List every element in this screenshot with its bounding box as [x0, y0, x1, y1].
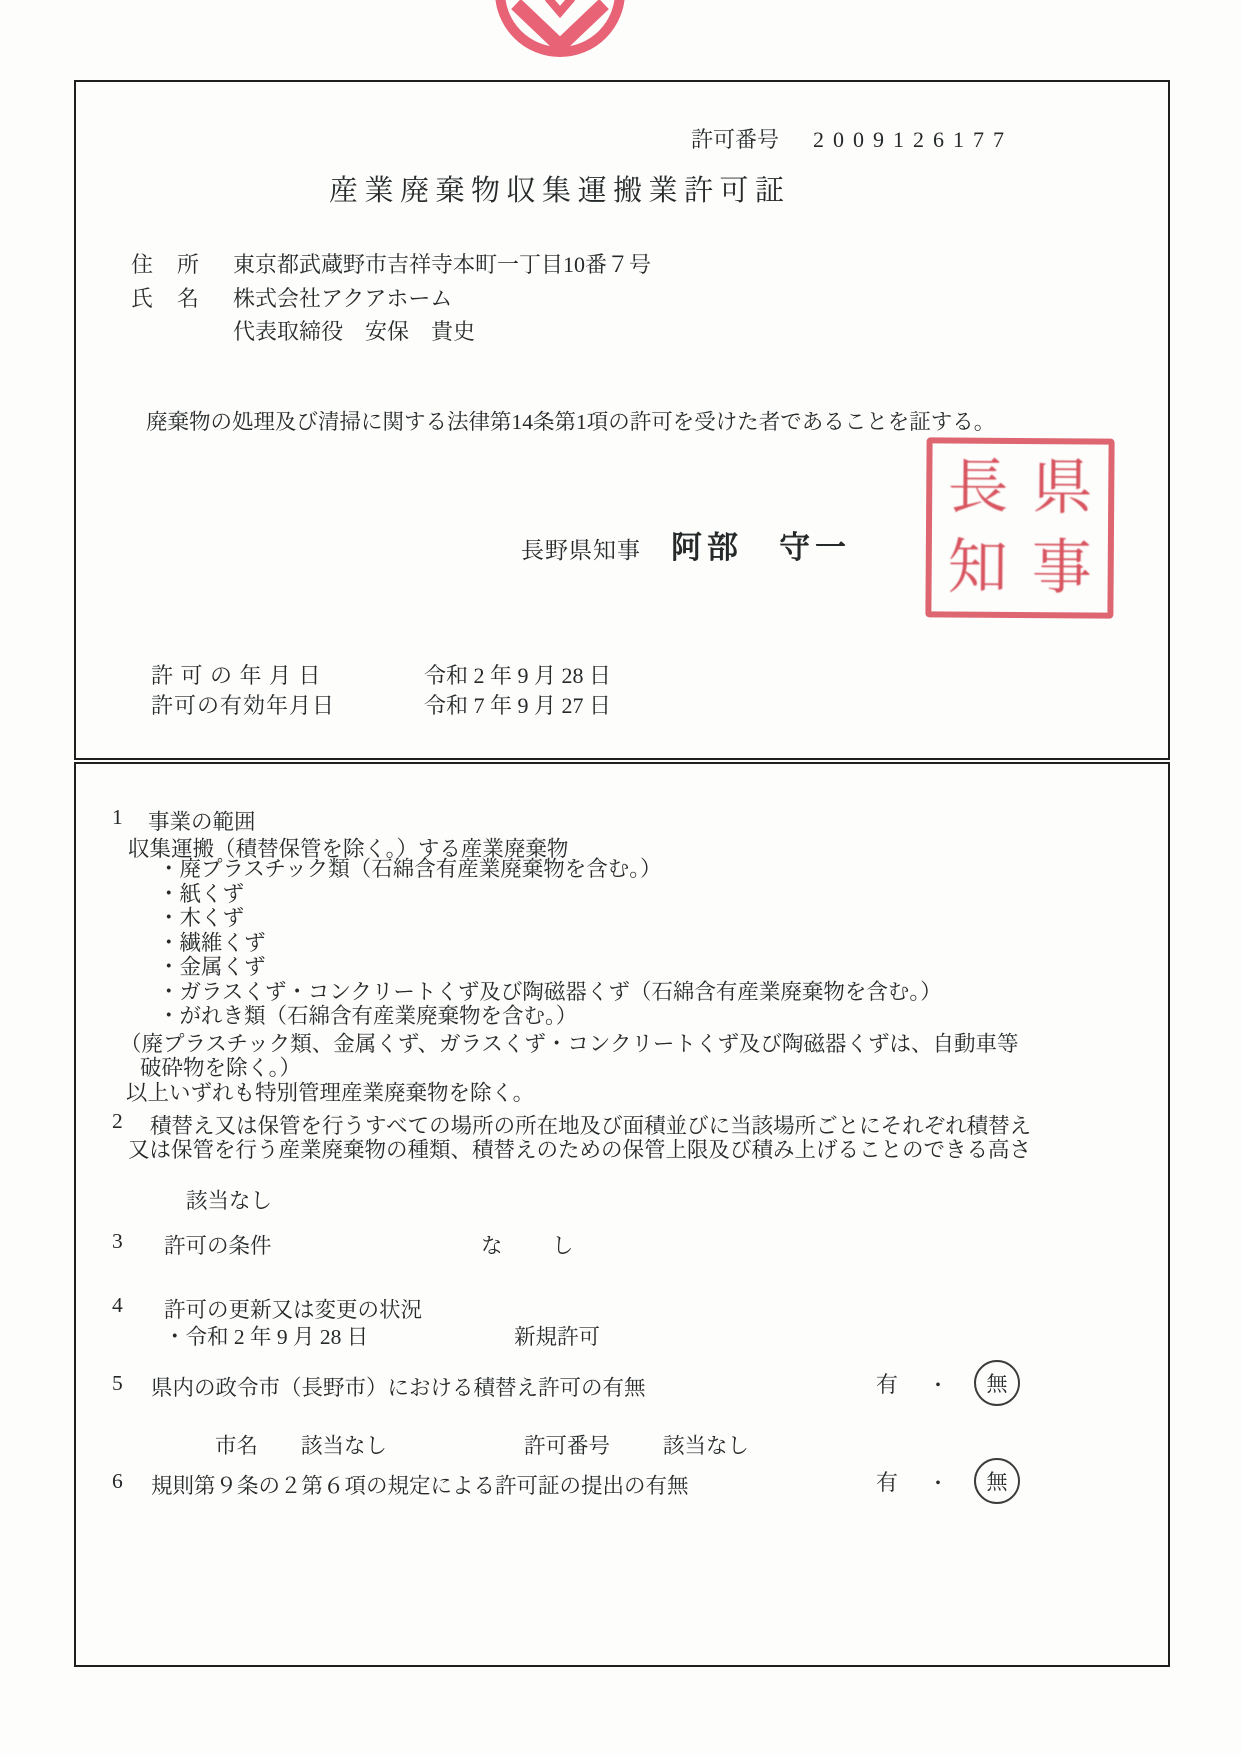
permit-date-value: 令和 2 年 9 月 28 日: [424, 659, 611, 690]
address-value: 東京都武蔵野市吉祥寺本町一丁目10番７号: [233, 248, 651, 279]
document-title: 産業廃棄物収集運搬業許可証: [329, 168, 791, 209]
no-option-circled: 無: [974, 1458, 1020, 1504]
section1-note-line3: 以上いずれも特別管理産業廃棄物を除く。: [126, 1076, 534, 1107]
governor-title: 長野県知事: [521, 532, 641, 565]
city-name-label: 市名: [215, 1429, 258, 1460]
certification-statement: 廃棄物の処理及び清掃に関する法律第14条第1項の許可を受けた者であることを証する…: [146, 405, 995, 436]
section6-yes-no-choice: 有 ・ 無: [876, 1458, 1020, 1504]
permit-number-line: 許可番号2009126177: [691, 123, 1013, 154]
section4-number: 4: [112, 1293, 123, 1318]
permit-date-label: 許 可 の 年 月 日: [151, 659, 322, 690]
city-permit-number-label: 許可番号: [524, 1429, 610, 1460]
seal-char: 事: [1032, 538, 1092, 598]
permit-document-page: 許可番号2009126177 産業廃棄物収集運搬業許可証 住 所 東京都武蔵野市…: [0, 0, 1241, 1755]
round-registration-stamp-icon: [492, 0, 628, 62]
separator-dot: ・: [928, 1369, 948, 1398]
section2-value: 該当なし: [186, 1184, 272, 1215]
section6-label: 規則第９条の２第６項の規定による許可証の提出の有無: [151, 1469, 689, 1500]
permit-number-value: 2009126177: [813, 127, 1013, 152]
address-label: 住 所: [131, 248, 200, 279]
certificate-header-box: 許可番号2009126177 産業廃棄物収集運搬業許可証 住 所 東京都武蔵野市…: [74, 80, 1170, 760]
list-item: ・紙くず: [158, 882, 942, 907]
expiry-date-value: 令和 7 年 9 月 27 日: [424, 689, 611, 720]
list-item: ・繊維くず: [158, 931, 942, 956]
section6-number: 6: [112, 1469, 123, 1494]
section5-number: 5: [112, 1371, 123, 1396]
section2-line2: 又は保管を行う産業廃棄物の種類、積替えのための保管上限及び積み上げることのできる…: [128, 1133, 1031, 1164]
section5-yes-no-choice: 有 ・ 無: [876, 1360, 1020, 1406]
section1-number: 1: [112, 805, 123, 830]
section3-value: な し: [481, 1229, 588, 1260]
certificate-details-box: 1 事業の範囲 収集運搬（積替保管を除く。）する産業廃棄物 ・廃プラスチック類（…: [74, 762, 1170, 1667]
section2-number: 2: [112, 1109, 123, 1134]
governor-square-seal: 長 県 知 事: [925, 437, 1114, 618]
no-option-circled: 無: [974, 1360, 1020, 1406]
city-permit-number-value: 該当なし: [663, 1429, 749, 1460]
list-item: ・金属くず: [158, 955, 942, 980]
seal-char: 県: [1032, 458, 1092, 518]
issuer-signature-row: 長野県知事 阿部 守一: [521, 522, 851, 567]
seal-char: 知: [948, 537, 1008, 597]
list-item: ・がれき類（石綿含有産業廃棄物を含む。）: [158, 1004, 942, 1029]
permit-number-label: 許可番号: [691, 127, 779, 152]
company-name: 株式会社アクアホーム: [233, 282, 452, 313]
list-item: ・木くず: [158, 906, 942, 931]
governor-name: 阿部 守一: [671, 522, 851, 567]
name-label: 氏 名: [131, 282, 200, 313]
separator-dot: ・: [928, 1467, 948, 1496]
section3-label: 許可の条件: [164, 1229, 272, 1260]
seal-char: 長: [948, 457, 1008, 517]
section3-number: 3: [112, 1229, 123, 1254]
section5-label: 県内の政令市（長野市）における積替え許可の有無: [151, 1371, 646, 1402]
section4-entry-value: 新規許可: [514, 1320, 600, 1351]
expiry-date-label: 許可の有効年月日: [151, 689, 335, 720]
yes-option: 有: [876, 1368, 898, 1399]
representative-name: 代表取締役 安保 貴史: [233, 315, 475, 346]
city-name-value: 該当なし: [301, 1429, 387, 1460]
section4-entry-date: ・令和 2 年 9 月 28 日: [164, 1320, 368, 1351]
waste-type-list: ・廃プラスチック類（石綿含有産業廃棄物を含む。） ・紙くず ・木くず ・繊維くず…: [158, 857, 942, 1029]
list-item: ・廃プラスチック類（石綿含有産業廃棄物を含む。）: [158, 857, 942, 882]
yes-option: 有: [876, 1466, 898, 1497]
list-item: ・ガラスくず・コンクリートくず及び陶磁器くず（石綿含有産業廃棄物を含む。）: [158, 980, 942, 1005]
